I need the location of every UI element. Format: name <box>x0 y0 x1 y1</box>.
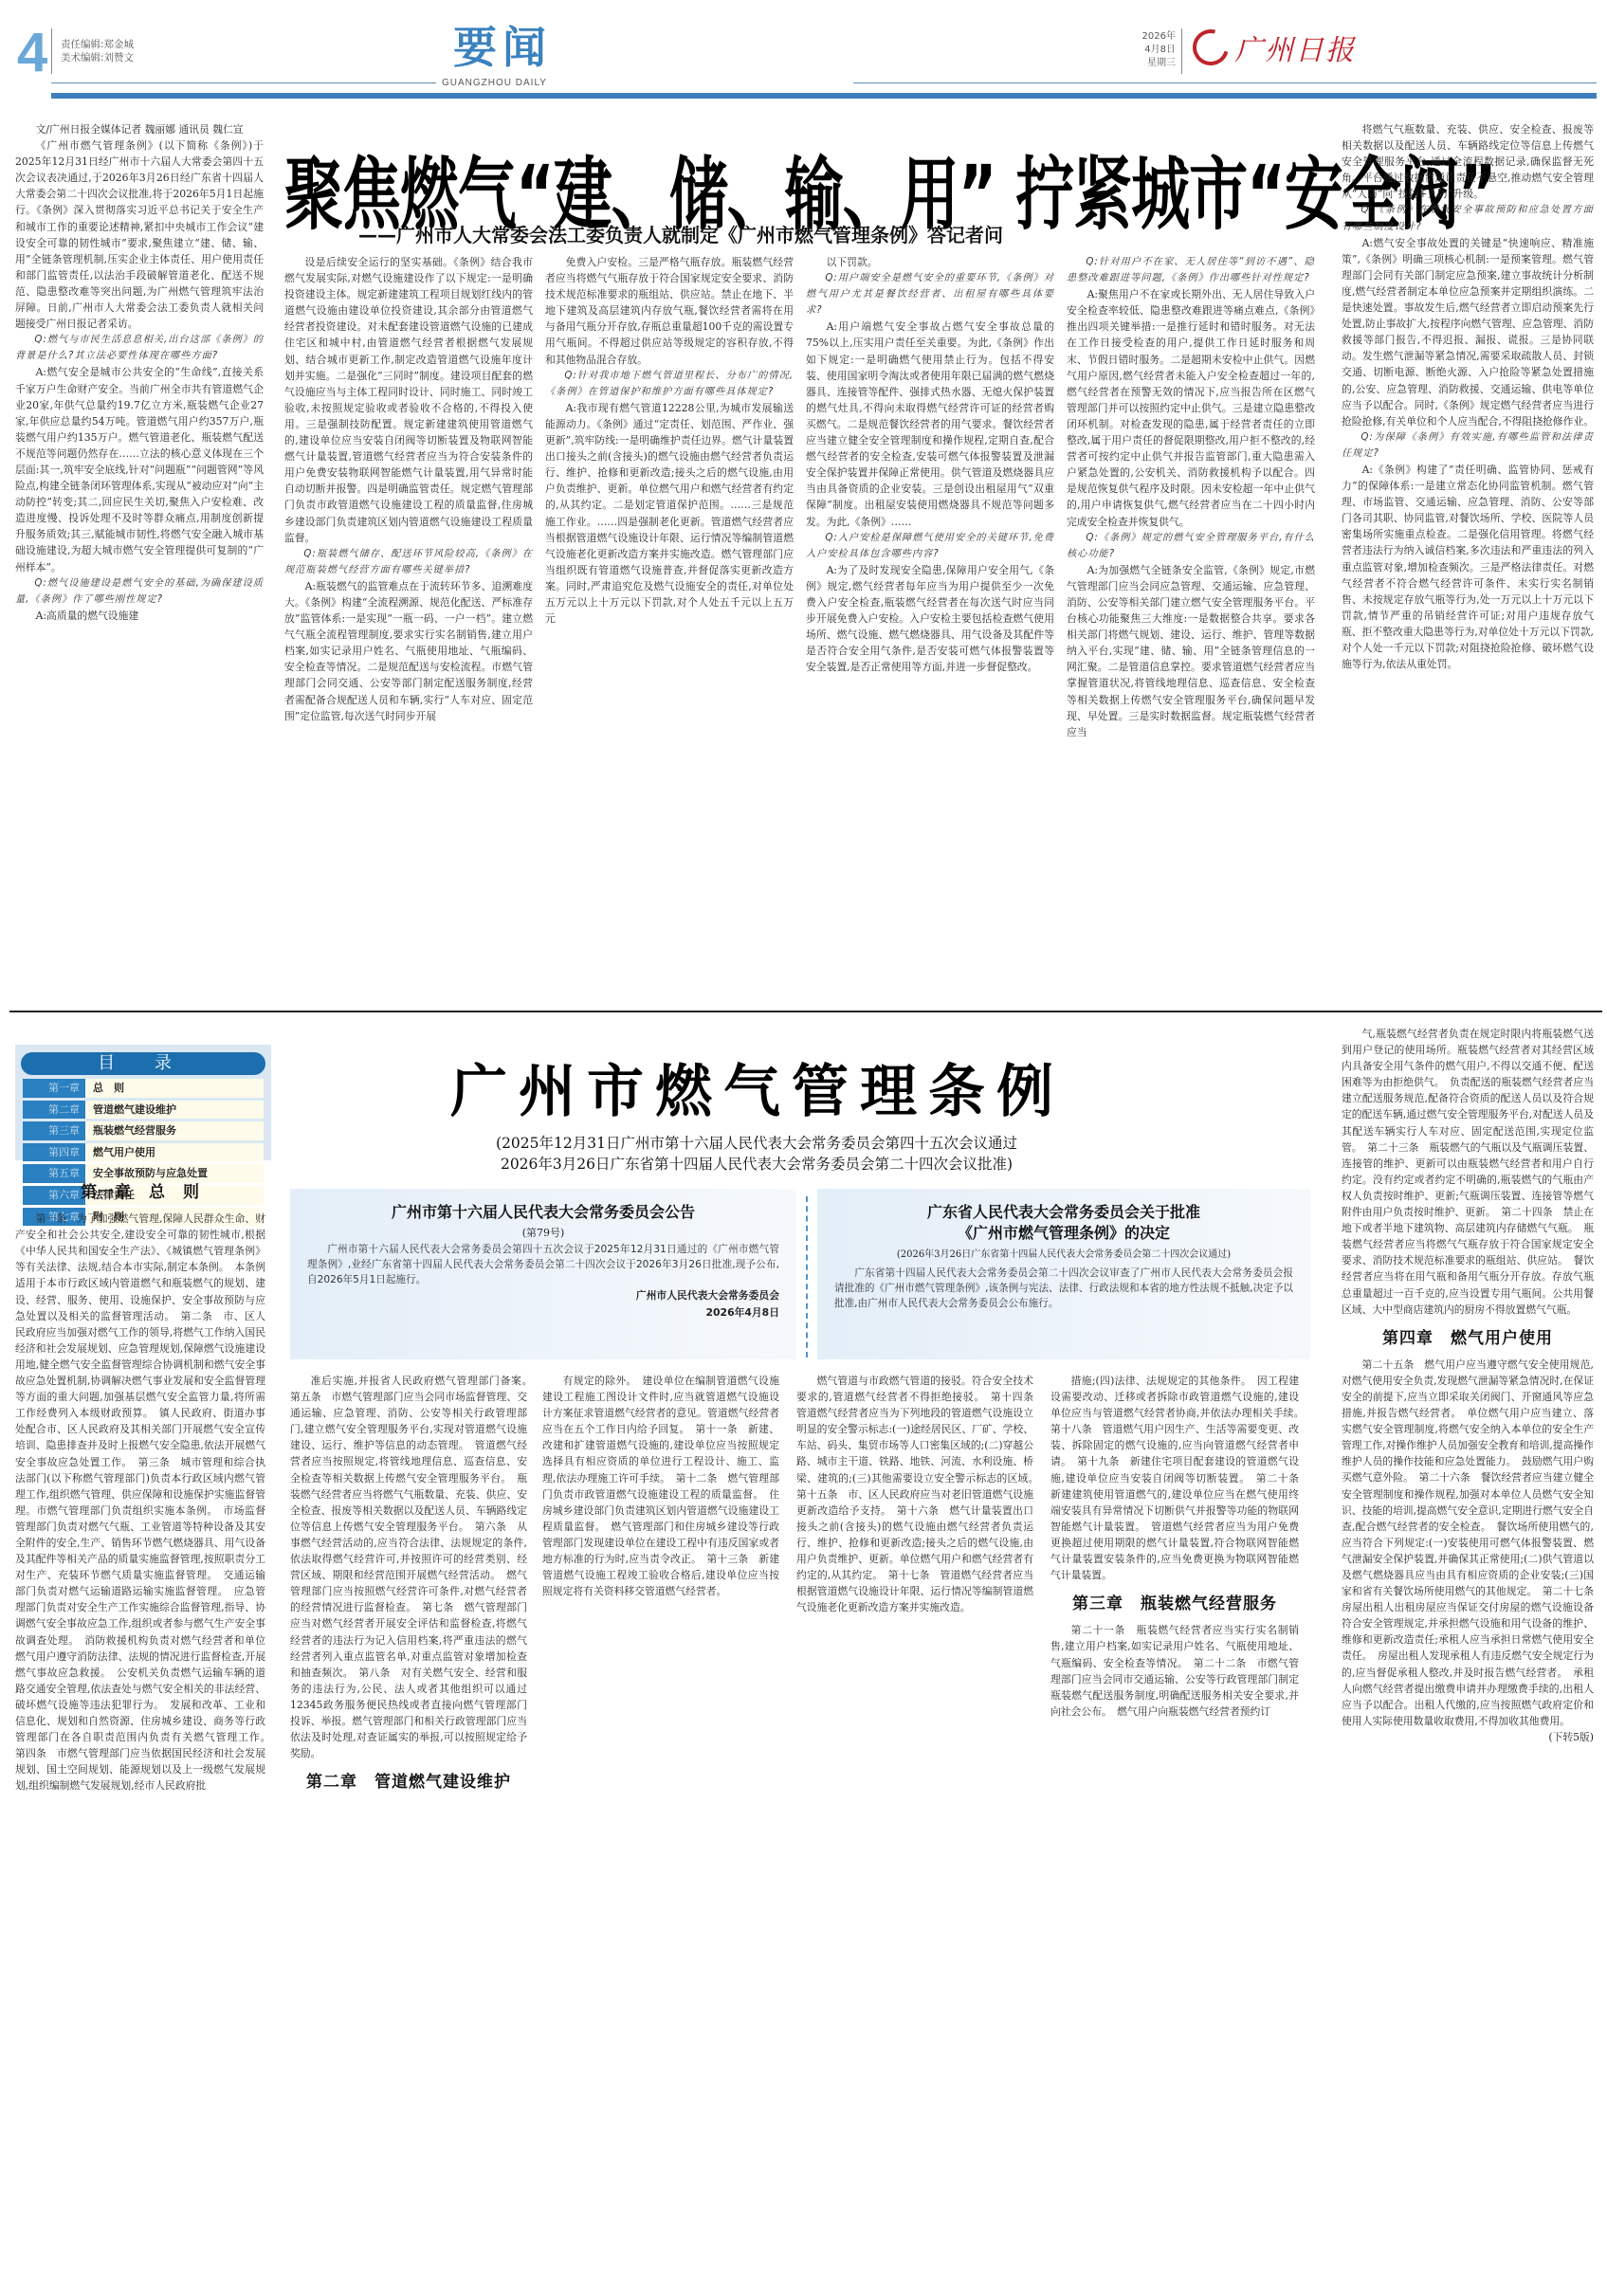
toc-chapter-title: 燃气用户使用 <box>85 1143 264 1162</box>
toc-item[interactable]: 第三章瓶装燃气经营服务 <box>23 1121 264 1140</box>
regulation-column-3: 有规定的除外。 建设单位在编制管道燃气设施建设工程施工图设计文件时,应当就管道燃… <box>542 1373 779 2290</box>
answer: A:瓶装燃气的监管难点在于流转环节多、追溯难度大。《条例》构建“全流程溯源、规范… <box>284 578 533 724</box>
decision-body: 广东省第十四届人民代表大会常务委员会第二十四次会议审查了广州市人民代表大会常务委… <box>834 1266 1293 1311</box>
toc-item[interactable]: 第一章总 则 <box>23 1079 264 1098</box>
toc-chapter: 第三章 <box>23 1121 85 1140</box>
article-text: 燃气管道与市政燃气管道的接驳。符合安全技术要求的,管道燃气经营者不得拒绝接驳。 … <box>796 1373 1033 1615</box>
question: Q:针对我市地下燃气管道里程长、分布广的情况,《条例》在管道保护和维护方面有哪些… <box>545 368 794 400</box>
toc-chapter-title: 总 则 <box>85 1079 264 1098</box>
divider <box>51 82 436 83</box>
date-weekday: 星期三 <box>1126 57 1176 70</box>
masthead: 4 责任编辑:郑金城 美术编辑:刘赞文 要闻 GUANGZHOU DAILY 2… <box>0 0 1607 104</box>
announcement-number: (第79号) <box>307 1225 779 1240</box>
article-text: 措施;(四)法律、法规规定的其他条件。 因工程建设需要改动、迁移或者拆除市政管道… <box>1050 1373 1299 1583</box>
announcement-title: 广州市第十六届人民代表大会常务委员会公告 <box>307 1202 779 1223</box>
regulation-column-6: 气,瓶装燃气经营者负责在规定时限内将瓶装燃气送到用户登记的使用场所。瓶装燃气经营… <box>1342 1026 1594 2290</box>
chapter-heading: 第二章 管道燃气建设维护 <box>290 1775 527 1791</box>
announcement-box: 广州市第十六届人民代表大会常务委员会公告 (第79号) 广州市第十六届人民代表大… <box>290 1189 796 1359</box>
regulation-column-1: 第一章 总 则 第一条 为了加强燃气管理,保障人民群众生命、财产安全和社会公共安… <box>15 1172 265 2290</box>
regulation-column-2: 准后实施,并报省人民政府燃气管理部门备案。 第五条 市燃气管理部门应当会同市场监… <box>290 1373 527 2290</box>
answer: A:为了及时发现安全隐患,保障用户安全用气,《条例》规定,燃气经营者每年应当为用… <box>806 562 1054 676</box>
decision-title-1: 广东省人民代表大会常务委员会关于批准 <box>834 1202 1293 1223</box>
toc-chapter-title: 管道燃气建设维护 <box>85 1101 264 1120</box>
toc-chapter-title: 瓶装燃气经营服务 <box>85 1121 264 1140</box>
article-text: 准后实施,并报省人民政府燃气管理部门备案。 第五条 市燃气管理部门应当会同市场监… <box>290 1373 527 1761</box>
regulation-column-4: 燃气管道与市政燃气管道的接驳。符合安全技术要求的,管道燃气经营者不得拒绝接驳。 … <box>796 1373 1033 2290</box>
divider <box>1181 28 1182 74</box>
chapter-heading: 第三章 瓶装燃气经营服务 <box>1050 1596 1299 1613</box>
toc-title: 目 录 <box>21 1052 265 1075</box>
article-text: 第二十一条 瓶装燃气经营者应当实行实名制销售,建立用户档案,如实记录用户姓名、气… <box>1050 1622 1299 1720</box>
page-number: 4 <box>17 21 47 84</box>
question: Q:燃气设施建设是燃气安全的基础,为确保建设质量,《条例》作了哪些刚性规定? <box>15 575 264 608</box>
question: Q:为保障《条例》有效实施,有哪些监管和法律责任规定? <box>1342 429 1594 462</box>
divider <box>806 1196 808 1358</box>
regulation-title: 广州市燃气管理条例 <box>450 1047 1065 1128</box>
table-of-contents: 目 录 第一章总 则 第二章管道燃气建设维护 第三章瓶装燃气经营服务 第四章燃气… <box>15 1045 271 1160</box>
interview-column-6: 将燃气气瓶数量、充装、供应、安全检查、报废等相关数据以及配送人员、车辆路线定位等… <box>1342 121 1594 1008</box>
regulation-column-5: 措施;(四)法律、法规规定的其他条件。 因工程建设需要改动、迁移或者拆除市政管道… <box>1050 1373 1299 2290</box>
toc-chapter: 第一章 <box>23 1079 85 1098</box>
announcement-signer: 广州市人民代表大会常务委员会 <box>307 1287 779 1304</box>
chapter-heading: 第四章 燃气用户使用 <box>1342 1331 1594 1347</box>
interview-column-4: 以下罚款。 Q:用户端安全是燃气安全的重要环节,《条例》对燃气用户尤其是餐饮经营… <box>806 254 1054 1008</box>
interview-column-5: Q:针对用户不在家、无人居住等“到访不遇”、隐患整改难跟进等问题,《条例》作出哪… <box>1067 254 1315 1008</box>
newspaper-name: 广州日报 <box>1234 27 1356 68</box>
toc-item[interactable]: 第四章燃气用户使用 <box>23 1143 264 1162</box>
answer: 将燃气气瓶数量、充装、供应、安全检查、报废等相关数据以及配送人员、车辆路线定位等… <box>1342 121 1594 202</box>
article-text: 第二十五条 燃气用户应当遵守燃气安全使用规范,对燃气使用安全负责,发现燃气泄漏等… <box>1342 1357 1594 1729</box>
interview-column-3: 免费入户安检。三是严格气瓶存放。瓶装燃气经营者应当将燃气气瓶存放于符合国家规定安… <box>545 254 794 1008</box>
question: Q:入户安检是保障燃气使用安全的关键环节,免费入户安检具体包含哪些内容? <box>806 530 1054 562</box>
continued-note: (下转5版) <box>1342 1729 1594 1745</box>
answer: A:高质量的燃气设施建 <box>15 608 264 624</box>
regulation-subtitle-1: (2025年12月31日广州市第十六届人民代表大会常务委员会第四十五次会议通过 <box>368 1132 1145 1153</box>
article-text: 第一条 为了加强燃气管理,保障人民群众生命、财产安全和社会公共安全,建设安全可靠… <box>15 1211 265 1794</box>
answer: 免费入户安检。三是严格气瓶存放。瓶装燃气经营者应当将燃气气瓶存放于符合国家规定安… <box>545 254 794 368</box>
subheadline: ——广州市人大常委会法工委负责人就制定《广州市燃气管理条例》答记者问 <box>358 220 1003 247</box>
interview-column-2: 设是后续安全运行的坚实基础。《条例》结合我市燃气发展实际,对燃气设施建设作了以下… <box>284 254 533 1008</box>
section-subtitle: GUANGZHOU DAILY <box>442 78 547 88</box>
announcement-body: 广州市第十六届人民代表大会常务委员会第四十五次会议于2025年12月31日通过的… <box>307 1242 779 1287</box>
divider <box>853 82 1597 83</box>
section-divider <box>9 1011 1602 1012</box>
announcement-date: 2026年4月8日 <box>307 1304 779 1321</box>
answer: A:用户端燃气安全事故占燃气安全事故总量的75%以上,压实用户责任至关重要。为此… <box>806 319 1054 529</box>
answer: A:聚焦用户不在家或长期外出、无人居住导致入户安全检查率较低、隐患整改难跟进等痛… <box>1067 286 1315 529</box>
article-text: 有规定的除外。 建设单位在编制管道燃气设施建设工程施工图设计文件时,应当就管道燃… <box>542 1373 779 1599</box>
date-year: 2026年 <box>1126 30 1176 44</box>
section-title: 要闻 <box>453 13 552 76</box>
article-text: 气,瓶装燃气经营者负责在规定时限内将瓶装燃气送到用户登记的使用场所。瓶装燃气经营… <box>1342 1026 1594 1318</box>
answer: 设是后续安全运行的坚实基础。《条例》结合我市燃气发展实际,对燃气设施建设作了以下… <box>284 254 533 546</box>
decision-note: (2026年3月26日广东省第十四届人民代表大会常务委员会第二十四次会议通过) <box>834 1246 1293 1260</box>
toc-chapter: 第二章 <box>23 1101 85 1120</box>
header-bar <box>51 93 1597 99</box>
answer: A:我市现有燃气管道12228公里,为城市发展输送能源动力。《条例》通过“定责任… <box>545 400 794 627</box>
regulation-subtitle-2: 2026年3月26日广东省第十四届人民代表大会常务委员会第二十四次会议批准) <box>368 1153 1145 1174</box>
decision-title-2: 《广州市燃气管理条例》的决定 <box>834 1223 1293 1244</box>
chief-editor: 责任编辑:郑金城 <box>61 38 134 51</box>
question: Q:用户端安全是燃气安全的重要环节,《条例》对燃气用户尤其是餐饮经营者、出租屋有… <box>806 270 1054 319</box>
answer: A:《条例》构建了“责任明确、监管协同、惩戒有力”的保障体系:一是建立常态化协同… <box>1342 462 1594 672</box>
toc-chapter: 第四章 <box>23 1143 85 1162</box>
question: Q:针对用户不在家、无人居住等“到访不遇”、隐患整改难跟进等问题,《条例》作出哪… <box>1067 254 1315 286</box>
answer: A:燃气安全是城市公共安全的“生命线”,直接关系千家万户生命财产安全。当前广州全… <box>15 364 264 574</box>
question: Q:燃气与市民生活息息相关,出台这部《条例》的背景是什么?其立法必要性体现在哪些… <box>15 332 264 364</box>
date-day: 4月8日 <box>1126 44 1176 57</box>
intro-paragraph: 《广州市燃气管理条例》(以下简称《条例》)于2025年12月31日经广州市十六届… <box>15 137 264 332</box>
divider <box>51 28 52 74</box>
issue-date: 2026年 4月8日 星期三 <box>1126 30 1176 70</box>
question: Q:《条例》在燃气安全事故预防和应急处置方面有哪些制度设计? <box>1342 202 1594 234</box>
question: Q:瓶装燃气储存、配送环节风险较高,《条例》在规范瓶装燃气经营方面有哪些关键举措… <box>284 546 533 578</box>
logo-icon <box>1186 23 1235 72</box>
newspaper-logo: 广州日报 <box>1193 27 1356 68</box>
answer: 以下罚款。 <box>806 254 1054 270</box>
toc-item[interactable]: 第二章管道燃气建设维护 <box>23 1101 264 1120</box>
answer: A:燃气安全事故处置的关键是“快速响应、精准施策”,《条例》明确三项核心机制:一… <box>1342 235 1594 429</box>
answer: A:为加强燃气全链条安全监管,《条例》规定,市燃气管理部门应当会同应急管理、交通… <box>1067 562 1315 740</box>
byline: 文/广州日报全媒体记者 魏丽娜 通讯员 魏仁宣 <box>15 121 264 137</box>
chapter-heading: 第一章 总 则 <box>15 1185 265 1201</box>
question: Q:《条例》规定的燃气安全管理服务平台,有什么核心功能? <box>1067 530 1315 562</box>
decision-box: 广东省人民代表大会常务委员会关于批准 《广州市燃气管理条例》的决定 (2026年… <box>817 1189 1310 1359</box>
interview-column-1: 文/广州日报全媒体记者 魏丽娜 通讯员 魏仁宣 《广州市燃气管理条例》(以下简称… <box>15 121 264 1008</box>
art-editor: 美术编辑:刘赞文 <box>61 51 134 64</box>
editor-credits: 责任编辑:郑金城 美术编辑:刘赞文 <box>61 38 134 64</box>
